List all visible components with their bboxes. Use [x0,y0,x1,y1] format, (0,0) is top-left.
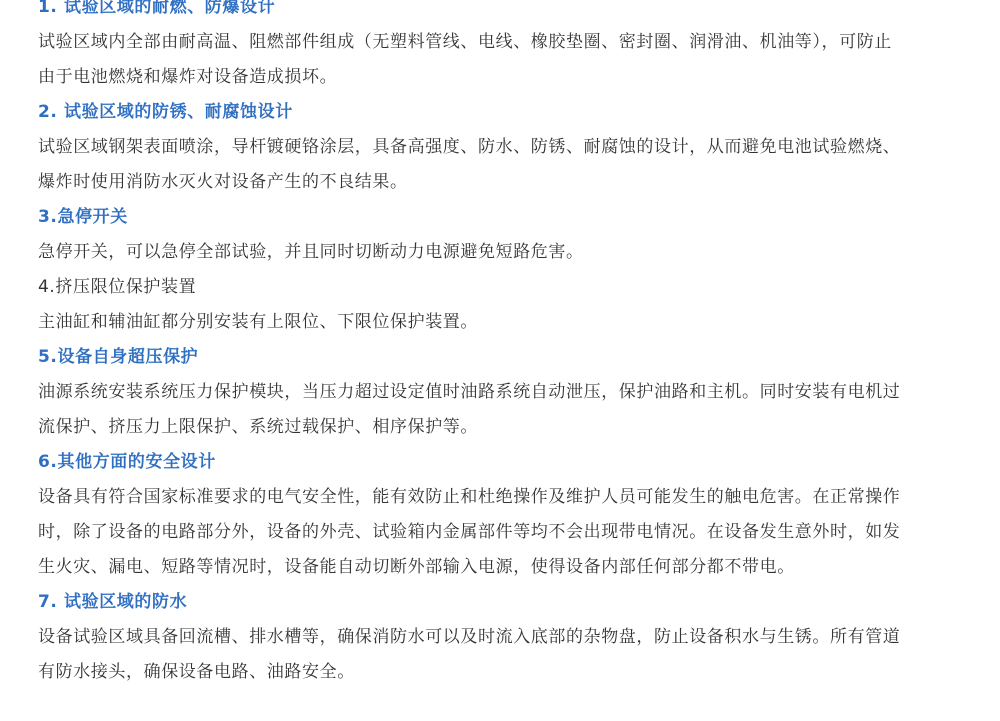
section-3-line-1: 急停开关，可以急停全部试验，并且同时切断动力电源避免短路危害。 [38,235,958,270]
section-1-line-2: 由于电池燃烧和爆炸对设备造成损坏。 [38,60,958,95]
section-6-line-3: 生火灾、漏电、短路等情况时，设备能自动切断外部输入电源，使得设备内部任何部分都不… [38,550,958,585]
section-heading-6: 6.其他方面的安全设计 [38,445,958,480]
section-5-line-1: 油源系统安装系统压力保护模块，当压力超过设定值时油路系统自动泄压，保护油路和主机… [38,375,958,410]
section-6-line-2: 时，除了设备的电路部分外，设备的外壳、试验箱内金属部件等均不会出现带电情况。在设… [38,515,958,550]
section-heading-7: 7. 试验区域的防水 [38,585,958,620]
section-7-line-2: 有防水接头，确保设备电路、油路安全。 [38,655,958,690]
section-heading-2: 2. 试验区域的防锈、耐腐蚀设计 [38,95,958,130]
section-5-line-2: 流保护、挤压力上限保护、系统过载保护、相序保护等。 [38,410,958,445]
section-heading-3: 3.急停开关 [38,200,958,235]
section-6-line-1: 设备具有符合国家标准要求的电气安全性，能有效防止和杜绝操作及维护人员可能发生的触… [38,480,958,515]
section-2-line-2: 爆炸时使用消防水灭火对设备产生的不良结果。 [38,165,958,200]
section-4-line-1: 主油缸和辅油缸都分别安装有上限位、下限位保护装置。 [38,305,958,340]
document-body: 1. 试验区域的耐燃、防爆设计 试验区域内全部由耐高温、阻燃部件组成（无塑料管线… [38,0,958,690]
section-2-line-1: 试验区域钢架表面喷涂，导杆镀硬铬涂层，具备高强度、防水、防锈、耐腐蚀的设计，从而… [38,130,958,165]
section-heading-5: 5.设备自身超压保护 [38,340,958,375]
section-heading-1: 1. 试验区域的耐燃、防爆设计 [38,0,958,25]
section-7-line-1: 设备试验区域具备回流槽、排水槽等，确保消防水可以及时流入底部的杂物盘，防止设备积… [38,620,958,655]
section-1-line-1: 试验区域内全部由耐高温、阻燃部件组成（无塑料管线、电线、橡胶垫圈、密封圈、润滑油… [38,25,958,60]
section-heading-4: 4.挤压限位保护装置 [38,270,958,305]
